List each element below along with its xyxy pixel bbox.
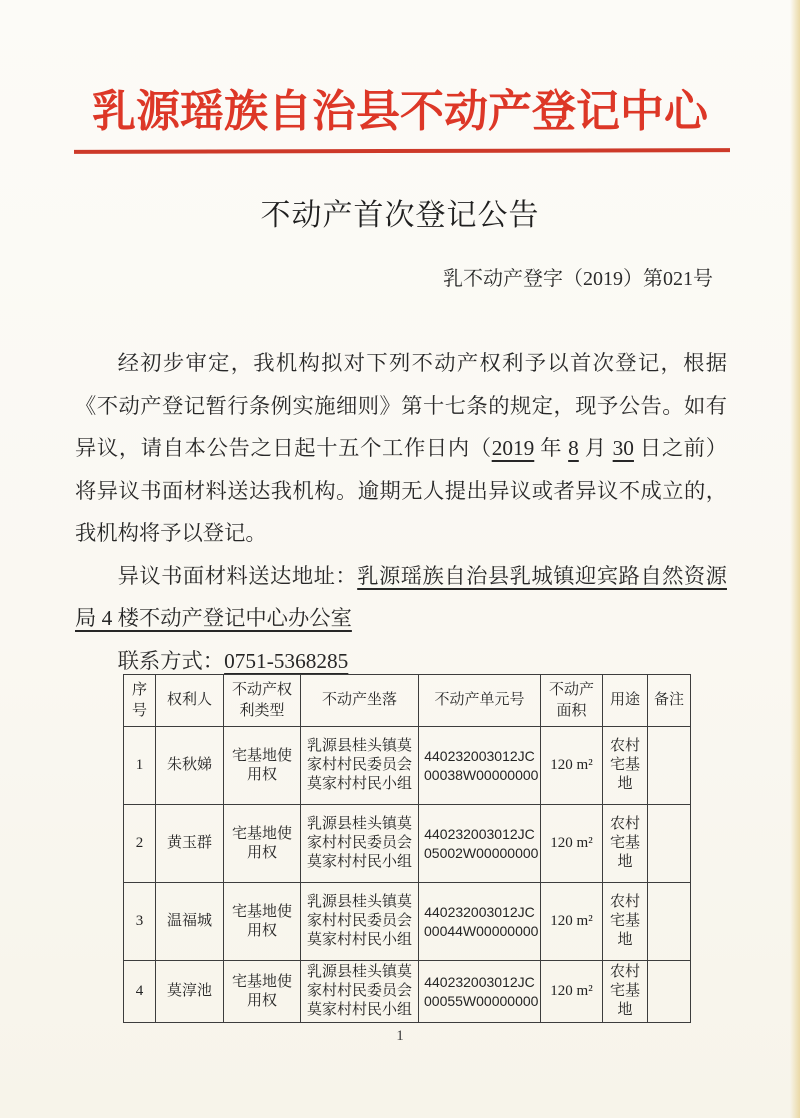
deadline-month-underline: 8 (568, 436, 579, 460)
cell-serial-no: 3 (124, 883, 156, 961)
notice-text-3: 月 (579, 436, 613, 460)
deadline-day-underline: 30 (613, 436, 634, 460)
cell-serial-no: 1 (124, 727, 156, 805)
cell-area: 120 m² (541, 961, 603, 1023)
cell-unit-number: 440232003012JC 00044W00000000 (419, 883, 541, 961)
notice-paragraph: 经初步审定，我机构拟对下列不动产权利予以首次登记，根据《不动产登记暂行条例实施细… (75, 342, 727, 555)
registration-table: 序号 权利人 不动产权利类型 不动产坐落 不动产单元号 不动产面积 用途 备注 … (123, 674, 691, 1023)
address-label: 异议书面材料送达地址： (118, 564, 358, 588)
cell-unit-number: 440232003012JC 00055W00000000 (419, 961, 541, 1023)
cell-right-type: 宅基地使用权 (224, 961, 301, 1023)
header-rule-divider (74, 148, 730, 154)
notice-text-2: 年 (534, 436, 568, 460)
cell-usage: 农村宅基地 (603, 883, 648, 961)
table-row: 4 莫淳池 宅基地使用权 乳源县桂头镇莫家村村民委员会莫家村村民小组 44023… (124, 961, 691, 1023)
document-number: 乳不动产登字（2019）第021号 (0, 262, 713, 291)
organization-title: 乳源瑶族自治县不动产登记中心 (0, 84, 800, 139)
header-unit-number: 不动产单元号 (419, 675, 541, 727)
header-area: 不动产面积 (541, 675, 603, 727)
cell-right-holder: 温福城 (156, 883, 224, 961)
cell-unit-number: 440232003012JC 05002W00000000 (419, 805, 541, 883)
cell-location: 乳源县桂头镇莫家村村民委员会莫家村村民小组 (301, 883, 419, 961)
cell-right-holder: 莫淳池 (156, 961, 224, 1023)
contact-label: 联系方式： (118, 649, 225, 673)
scan-edge-shadow (790, 0, 800, 1118)
cell-usage: 农村宅基地 (603, 727, 648, 805)
cell-serial-no: 4 (124, 961, 156, 1023)
cell-location: 乳源县桂头镇莫家村村民委员会莫家村村民小组 (301, 961, 419, 1023)
cell-remark (648, 883, 691, 961)
address-paragraph: 异议书面材料送达地址：乳源瑶族自治县乳城镇迎宾路自然资源局 4 楼不动产登记中心… (75, 555, 727, 640)
cell-remark (648, 805, 691, 883)
cell-usage: 农村宅基地 (603, 961, 648, 1023)
header-right-type: 不动产权利类型 (224, 675, 301, 727)
cell-location: 乳源县桂头镇莫家村村民委员会莫家村村民小组 (301, 805, 419, 883)
header-usage: 用途 (603, 675, 648, 727)
header-right-holder: 权利人 (156, 675, 224, 727)
cell-area: 120 m² (541, 727, 603, 805)
cell-right-holder: 黄玉群 (156, 805, 224, 883)
page-number: 1 (0, 1028, 800, 1045)
cell-usage: 农村宅基地 (603, 805, 648, 883)
announcement-body: 经初步审定，我机构拟对下列不动产权利予以首次登记，根据《不动产登记暂行条例实施细… (75, 342, 727, 682)
header-location: 不动产坐落 (301, 675, 419, 727)
cell-remark (648, 961, 691, 1023)
document-page: 乳源瑶族自治县不动产登记中心 不动产首次登记公告 乳不动产登字（2019）第02… (0, 0, 800, 1118)
cell-area: 120 m² (541, 883, 603, 961)
header-serial-no: 序号 (124, 675, 156, 727)
contact-phone-underline: 0751-5368285 (224, 649, 348, 673)
table-row: 1 朱秋娣 宅基地使用权 乳源县桂头镇莫家村村民委员会莫家村村民小组 44023… (124, 727, 691, 805)
table-row: 3 温福城 宅基地使用权 乳源县桂头镇莫家村村民委员会莫家村村民小组 44023… (124, 883, 691, 961)
table-header-row: 序号 权利人 不动产权利类型 不动产坐落 不动产单元号 不动产面积 用途 备注 (124, 675, 691, 727)
table-row: 2 黄玉群 宅基地使用权 乳源县桂头镇莫家村村民委员会莫家村村民小组 44023… (124, 805, 691, 883)
cell-right-holder: 朱秋娣 (156, 727, 224, 805)
cell-unit-number: 440232003012JC 00038W00000000 (419, 727, 541, 805)
cell-right-type: 宅基地使用权 (224, 727, 301, 805)
deadline-year-underline: 2019 (492, 436, 535, 460)
cell-area: 120 m² (541, 805, 603, 883)
cell-serial-no: 2 (124, 805, 156, 883)
cell-location: 乳源县桂头镇莫家村村民委员会莫家村村民小组 (301, 727, 419, 805)
cell-right-type: 宅基地使用权 (224, 805, 301, 883)
header-remark: 备注 (648, 675, 691, 727)
cell-remark (648, 727, 691, 805)
cell-right-type: 宅基地使用权 (224, 883, 301, 961)
document-title: 不动产首次登记公告 (0, 190, 800, 234)
